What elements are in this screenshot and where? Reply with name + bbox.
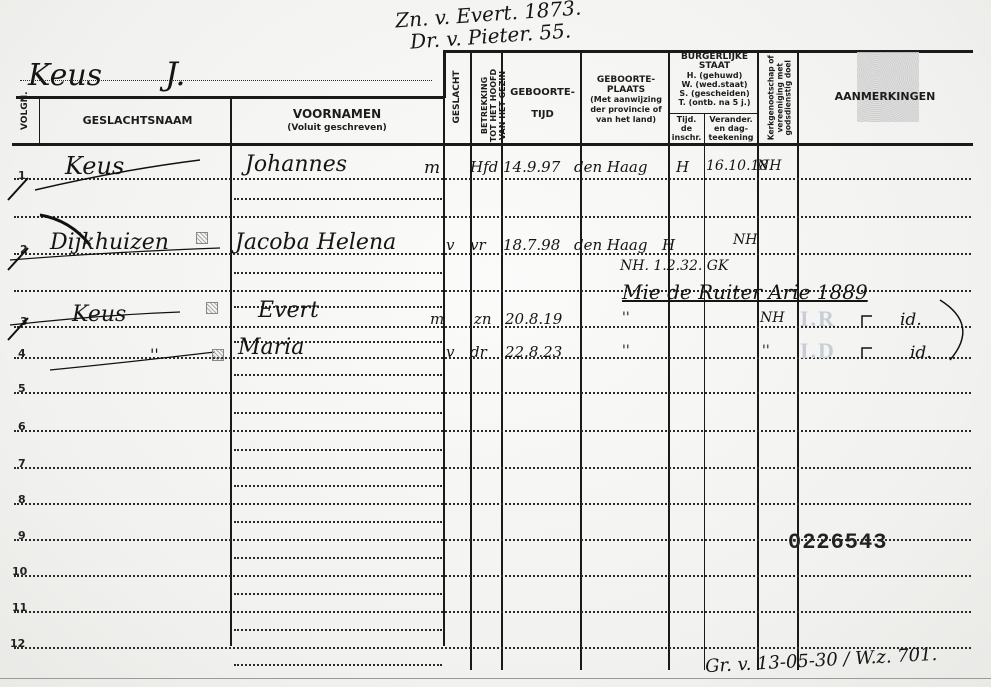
label-burgerlijke-staat: BURGERLIJKE STAAT H. (gehuwd) W. (wed.st… — [672, 53, 757, 107]
col-rule-geslacht — [443, 98, 445, 646]
row-number-11: 11 — [12, 601, 27, 614]
label-geboorteplaats-line2: PLAATS — [582, 85, 670, 95]
label-bs-line6: T. (ontb. na 5 j.) — [672, 98, 757, 107]
remarks-bracket — [840, 290, 980, 370]
row-line-11 — [14, 611, 971, 613]
paper-stain — [857, 52, 919, 122]
col-rule-volgnr — [39, 98, 40, 143]
entry-1-relation: Hfd — [470, 158, 498, 176]
bs-divider — [669, 113, 757, 114]
entry-3-birth-place: '' — [622, 310, 630, 326]
entry-2-religion: NH — [733, 232, 757, 248]
subline-8 — [234, 521, 442, 523]
entry-2-first-names: Jacoba Helena — [235, 230, 396, 255]
label-volgnummer: VOLGN. — [20, 100, 30, 130]
entry-2-relation: vr — [470, 236, 486, 254]
label-voornamen: VOORNAMEN — [232, 107, 442, 121]
col-rule-aanmerkingen — [797, 50, 799, 670]
family-name-heading: Keus — [28, 58, 102, 93]
label-kerkgenootschap: Kerkgenootschap of vereeniging met godsd… — [767, 53, 793, 143]
label-bs-line4: W. (wed.staat) — [672, 80, 757, 89]
faded-stamp-2: I.D — [800, 338, 836, 364]
entry-4-relation: dr — [470, 343, 487, 361]
label-bs-line2: STAAT — [672, 62, 757, 71]
subline-9 — [234, 557, 442, 559]
entry-4-sex: v — [446, 343, 454, 361]
entry-2-civil-status: H — [662, 236, 675, 254]
entry-2-surname: Dijkhuizen — [50, 230, 169, 255]
family-initial: J. — [165, 55, 186, 93]
registration-card: Zn. v. Evert. 1873. Dr. v. Pieter. 55. K… — [0, 0, 991, 687]
col-rule-kerk — [757, 50, 759, 670]
entry-4-first-names: Maria — [238, 335, 304, 360]
row-number-8: 8 — [18, 493, 26, 506]
row-number-7: 7 — [18, 457, 26, 470]
label-bs-line3: H. (gehuwd) — [672, 71, 757, 80]
row-line-6 — [14, 430, 971, 432]
label-verander-line2: en dag- — [705, 124, 757, 133]
row-number-10: 10 — [12, 565, 27, 578]
subline-2 — [234, 272, 442, 274]
label-verander-line1: Verander. — [705, 115, 757, 124]
label-geboorteplaats: GEBOORTE- PLAATS (Met aanwijzing der pro… — [582, 75, 670, 125]
label-geboortetijd-line2: TIJD — [505, 104, 580, 126]
entry-3-first-names: Evert — [258, 298, 319, 323]
label-verander-line3: teekening — [705, 133, 757, 142]
subline-1 — [234, 198, 442, 200]
label-geboortetijd-line1: GEBOORTE- — [505, 82, 580, 104]
label-geboorteplaats-line4: der provincie of — [582, 105, 670, 115]
row-number-12: 12 — [10, 637, 25, 650]
entry-4-birth-date: 22.8.23 — [505, 343, 562, 361]
entry-1-birth-place: den Haag — [574, 158, 647, 176]
bottom-edge — [0, 678, 991, 679]
label-geslachtsnaam: GESLACHTSNAAM — [45, 114, 230, 127]
label-tijd-line1: Tijd. — [669, 115, 704, 124]
entry-4-religion: '' — [762, 343, 770, 359]
entry-4-birth-place: '' — [622, 343, 630, 359]
subline-10 — [234, 593, 442, 595]
row-number-6: 6 — [18, 420, 26, 433]
label-geboorteplaats-line1: GEBOORTE- — [582, 75, 670, 85]
subline-12 — [234, 664, 442, 666]
subline-7 — [234, 485, 442, 487]
label-betrekking-line2: TOT HET HOOFD — [489, 69, 498, 142]
entry-3-religion: NH — [760, 310, 784, 326]
row-line-7 — [14, 467, 971, 469]
label-kerk-line3: godsdienstig doel — [783, 60, 792, 136]
label-tijd-line2: de — [669, 124, 704, 133]
col-rule-geboortetijd — [501, 50, 503, 670]
entry-2-birth-date: 18.7.98 — [503, 236, 560, 254]
address-annotation: Mie de Ruiter Arie 1889 — [622, 280, 868, 304]
label-tijd-line3: inschr. — [669, 133, 704, 142]
entry-1-first-names: Johannes — [245, 152, 347, 177]
entry-1-civil-status: H — [676, 158, 689, 176]
label-betrekking-line1: BETREKKING — [480, 77, 489, 134]
entry-1-religion: NH — [757, 158, 781, 174]
label-tijd-inschr: Tijd. de inschr. — [669, 115, 704, 142]
entry-1-surname: Keus — [65, 152, 124, 180]
stamp-mark-2 — [196, 232, 208, 244]
subline-6 — [234, 449, 442, 451]
label-voornamen-sub: (Voluit geschreven) — [232, 123, 442, 133]
label-geslacht: GESLACHT — [452, 62, 462, 132]
col-rule-geboorteplaats — [580, 50, 582, 670]
serial-number: 0226543 — [788, 530, 887, 555]
entry-4-surname: '' — [150, 345, 159, 364]
stamp-mark-4 — [212, 349, 224, 361]
subline-4 — [234, 374, 442, 376]
stamp-mark-3 — [206, 302, 218, 314]
entry-2-sex: v — [446, 236, 454, 254]
entry-3-birth-date: 20.8.19 — [505, 310, 562, 328]
subline-11 — [234, 629, 442, 631]
label-aanmerkingen: AANMERKINGEN — [800, 90, 970, 103]
row-line-10 — [14, 575, 971, 577]
label-geboorteplaats-line3: (Met aanwijzing — [582, 95, 670, 105]
label-verander: Verander. en dag- teekening — [705, 115, 757, 142]
entry-1-birth-date: 14.9.97 — [503, 158, 560, 176]
entry-2-birth-place: den Haag — [574, 236, 647, 254]
label-bs-line5: S. (gescheiden) — [672, 89, 757, 98]
entry-3-surname: Keus — [72, 302, 126, 327]
row-number-9: 9 — [18, 529, 26, 542]
entry-2-religion-change: NH. 1.2.32. GK — [620, 258, 728, 274]
row-line-8 — [14, 503, 971, 505]
col-rule-tijd — [668, 50, 670, 670]
label-geboorteplaats-line5: van het land) — [582, 115, 670, 125]
subline-5 — [234, 412, 442, 414]
entry-3-relation: zn — [474, 310, 492, 328]
faded-stamp-1: I.R — [800, 306, 836, 332]
label-geboortetijd: GEBOORTE- TIJD — [505, 82, 580, 126]
entry-1-sex: m — [424, 158, 440, 178]
entry-3-sex: m — [430, 310, 444, 328]
header-step-rule — [443, 50, 446, 98]
heading-dotted-line — [20, 80, 432, 81]
